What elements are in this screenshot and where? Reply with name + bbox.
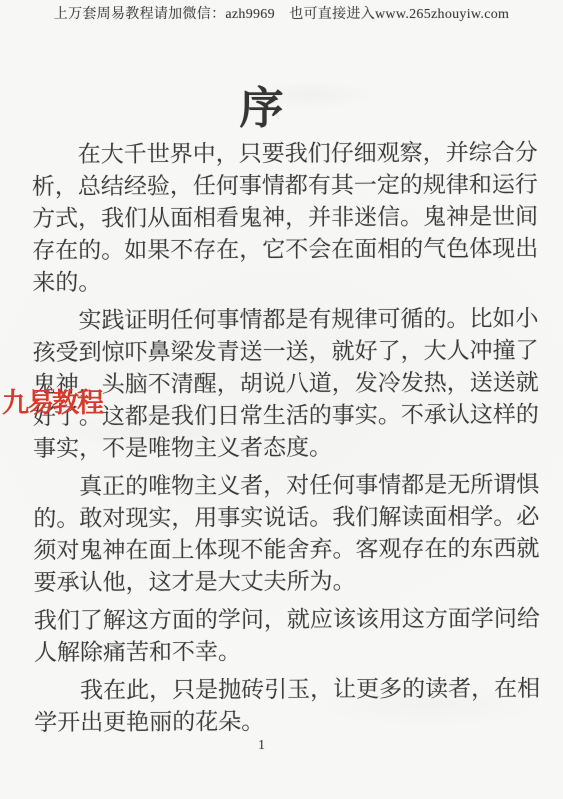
paragraph: 在大千世界中，只要我们仔细观察，并综合分析，总结经验，任何事情都有其一定的规律和…: [32, 137, 545, 299]
text-line: 人解除痛苦和不幸。: [34, 635, 546, 669]
text-line: 学开出更艳丽的花朵。: [34, 705, 546, 739]
text-line: 方式，我们从面相看鬼神，并非迷信。鬼神是世间: [32, 201, 544, 235]
text-line: 孩受到惊吓鼻梁发青送一送，就好了，大人冲撞了: [33, 335, 545, 369]
text-line: 实践证明任何事情都是有规律可循的。比如小: [32, 303, 544, 337]
text-line: 在大千世界中，只要我们仔细观察，并综合分: [32, 137, 544, 171]
text-line: 我们了解这方面的学问，就应该该用这方面学问给: [34, 603, 546, 637]
text-line: 析，总结经验，任何事情都有其一定的规律和运行: [32, 169, 544, 203]
watermark-stamp: 九易教程: [2, 388, 102, 418]
paragraph: 真正的唯物主义者，对任何事情都是无所谓惧的。敢对现实，用事实说话。我们解读面相学…: [33, 469, 546, 599]
scanned-page: 上万套周易教程请加微信：azh9969 也可直接进入www.265zhouyiw…: [0, 0, 563, 799]
paragraph: 我们了解这方面的学问，就应该该用这方面学问给人解除痛苦和不幸。: [34, 603, 546, 669]
document-body: 在大千世界中，只要我们仔细观察，并综合分析，总结经验，任何事情都有其一定的规律和…: [32, 137, 547, 739]
text-line: 的。敢对现实，用事实说话。我们解读面相学。必: [33, 501, 545, 535]
promo-header-text: 上万套周易教程请加微信：azh9969 也可直接进入www.265zhouyiw…: [0, 6, 563, 24]
text-line: 事实，不是唯物主义者态度。: [33, 431, 545, 465]
text-line: 鬼神，头脑不清醒，胡说八道，发冷发热，送送就: [33, 367, 545, 401]
text-line: 须对鬼神在面上体现不能舍弃。客观存在的东西就: [33, 533, 545, 567]
page-number: 1: [0, 738, 523, 754]
paragraph: 我在此，只是抛砖引玉，让更多的读者，在相学开出更艳丽的花朵。: [34, 673, 546, 739]
page-title: 序: [0, 86, 523, 132]
text-line: 要承认他，这才是大丈夫所为。: [34, 565, 546, 599]
paragraph: 实践证明任何事情都是有规律可循的。比如小孩受到惊吓鼻梁发青送一送，就好了，大人冲…: [32, 303, 545, 465]
text-line: 我在此，只是抛砖引玉，让更多的读者，在相: [34, 673, 546, 707]
text-line: 存在的。如果不存在，它不会在面相的气色体现出: [32, 233, 544, 267]
text-line: 来的。: [32, 265, 544, 299]
text-line: 好了。这都是我们日常生活的事实。不承认这样的: [33, 399, 545, 433]
text-line: 真正的唯物主义者，对任何事情都是无所谓惧: [33, 469, 545, 503]
